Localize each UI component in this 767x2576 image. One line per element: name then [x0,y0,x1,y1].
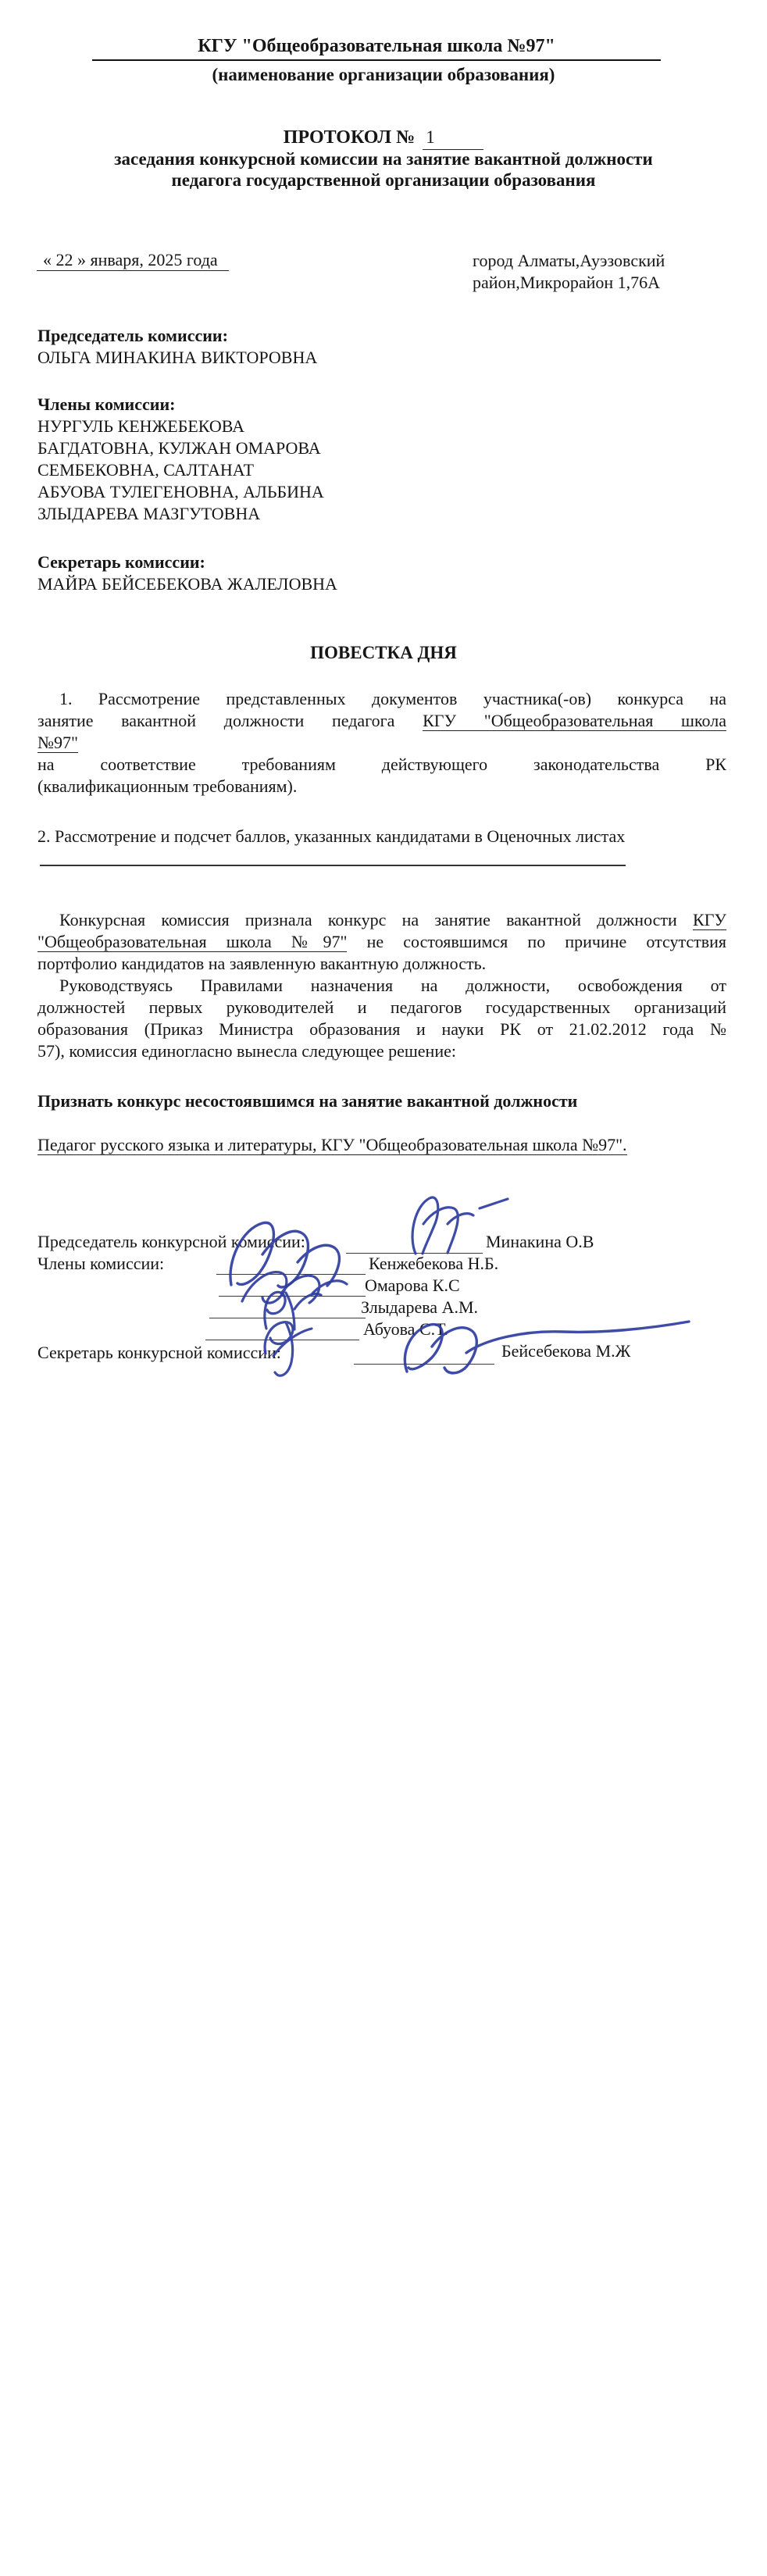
secretary-label: Секретарь комиссии: [37,551,337,573]
member-line: СЕМБЕКОВНА, САЛТАНАТ [37,459,324,481]
chair-label: Председатель комиссии: [37,325,317,347]
agenda-item1-school-number-underlined: №97" [37,733,78,753]
sig-member-name-1: Кенжебекова Н.Б. [369,1253,498,1275]
vacant-position-wrap: Педагог русского языка и литературы, КГУ… [37,1134,726,1156]
agenda-item1-line3: №97" [37,732,726,754]
agenda-item1-line2: занятие вакантной должности педагога КГУ… [37,710,726,732]
vacant-position-text: Педагог русского языка и литературы, КГУ… [37,1135,627,1155]
sig-chair-label: Председатель конкурсной комиссии: [37,1231,305,1253]
protocol-label: ПРОТОКОЛ № [284,127,416,148]
protocol-subtitle-2: педагога государственной организации обр… [0,169,767,191]
decision-paragraph-1: Конкурсная комиссия признала конкурс на … [37,909,726,975]
decision-p1-school-underlined-b: "Общеобразовательная школа №97" [37,932,347,952]
chair-name: ОЛЬГА МИНАКИНА ВИКТОРОВНА [37,347,317,369]
member-line: НУРГУЛЬ КЕНЖЕБЕКОВА [37,416,324,437]
agenda-item1-line2-text: занятие вакантной должности педагога [37,711,423,730]
sig-secretary-line [354,1343,494,1365]
sig-secretary-name: Бейсебекова М.Ж [501,1340,630,1362]
place-line-1: город Алматы,Ауэзовский [473,250,665,272]
agenda-item1-line1: 1. Рассмотрение представленных документо… [37,688,726,710]
members-block: Члены комиссии: НУРГУЛЬ КЕНЖЕБЕКОВА БАГД… [37,394,324,525]
sig-member-line-4 [205,1318,359,1340]
org-caption: (наименование организации образования) [0,64,767,86]
decision-p2-line1: Руководствуясь Правилами назначения на д… [37,975,726,997]
vacant-position-line: Педагог русского языка и литературы, КГУ… [37,1134,726,1156]
sig-members-label: Члены комиссии: [37,1253,164,1275]
agenda-item1-line5: (квалификационным требованиям). [37,776,726,797]
secretary-name: МАЙРА БЕЙСЕБЕКОВА ЖАЛЕЛОВНА [37,573,337,595]
protocol-number: 1 [423,126,483,150]
chair-block: Председатель комиссии: ОЛЬГА МИНАКИНА ВИ… [37,325,317,369]
protocol-date: « 22 » января, 2025 года [37,250,229,271]
member-line: АБУОВА ТУЛЕГЕНОВНА, АЛЬБИНА [37,481,324,503]
sig-chair-line [346,1232,483,1254]
agenda-item-2: 2. Рассмотрение и подсчет баллов, указан… [37,826,726,847]
decision-p1-line2-text: не состоявшимся по причине отсутствия [347,932,726,951]
protocol-subtitle-1: заседания конкурсной комиссии на занятие… [0,148,767,169]
members-label: Члены комиссии: [37,394,324,416]
protocol-title-row: ПРОТОКОЛ №1 [0,126,767,149]
agenda-item1-school-underlined: КГУ "Общеобразовательная школа [423,711,726,731]
sig-member-name-3: Злыдарева А.М. [361,1297,478,1318]
sig-member-line-3 [209,1297,366,1318]
sig-secretary-label: Секретарь конкурсной комиссии: [37,1342,281,1364]
decision-p1-line1-text: Конкурсная комиссия признала конкурс на … [59,910,693,929]
place-line-2: район,Микрорайон 1,76А [473,272,665,294]
resolution-text: Признать конкурс несостоявшимся на занят… [37,1090,726,1112]
decision-p2-line2: должностей первых руководителей и педаго… [37,997,726,1019]
decision-p1-line1: Конкурсная комиссия признала конкурс на … [37,909,726,931]
org-name-field: КГУ "Общеобразовательная школа №97" [92,33,661,61]
agenda-item1-line4: на соответствие требованиям действующего… [37,754,726,776]
member-line: ЗЛЫДАРЕВА МАЗГУТОВНА [37,503,324,525]
agenda-item2-line: 2. Рассмотрение и подсчет баллов, указан… [37,826,726,847]
member-line: БАГДАТОВНА, КУЛЖАН ОМАРОВА [37,437,324,459]
decision-p1-line3: портфолио кандидатов на заявленную вакан… [37,953,726,975]
decision-p2-line4: 57), комиссия единогласно вынесла следую… [37,1040,726,1062]
decision-paragraph-2: Руководствуясь Правилами назначения на д… [37,975,726,1062]
sig-member-line-2 [219,1275,366,1297]
blank-fill-line [40,865,626,866]
agenda-item-1: 1. Рассмотрение представленных документо… [37,688,726,797]
agenda-heading: ПОВЕСТКА ДНЯ [0,642,767,664]
org-name: КГУ "Общеобразовательная школа №97" [198,36,555,56]
resolution-line: Признать конкурс несостоявшимся на занят… [37,1090,726,1112]
sig-chair-name: Минакина О.В [486,1231,594,1253]
document-page: КГУ "Общеобразовательная школа №97" (наи… [0,0,767,2576]
decision-p1-line2: "Общеобразовательная школа №97" не состо… [37,931,726,953]
protocol-place: город Алматы,Ауэзовский район,Микрорайон… [473,250,665,294]
secretary-block: Секретарь комиссии: МАЙРА БЕЙСЕБЕКОВА ЖА… [37,551,337,595]
sig-member-line-1 [216,1253,366,1275]
decision-p1-school-underlined-a: КГУ [693,910,726,930]
sig-member-name-4: Абуова С.Т. [363,1318,448,1340]
decision-p2-line3: образования (Приказ Министра образования… [37,1019,726,1040]
sig-member-name-2: Омарова К.С [365,1275,460,1297]
